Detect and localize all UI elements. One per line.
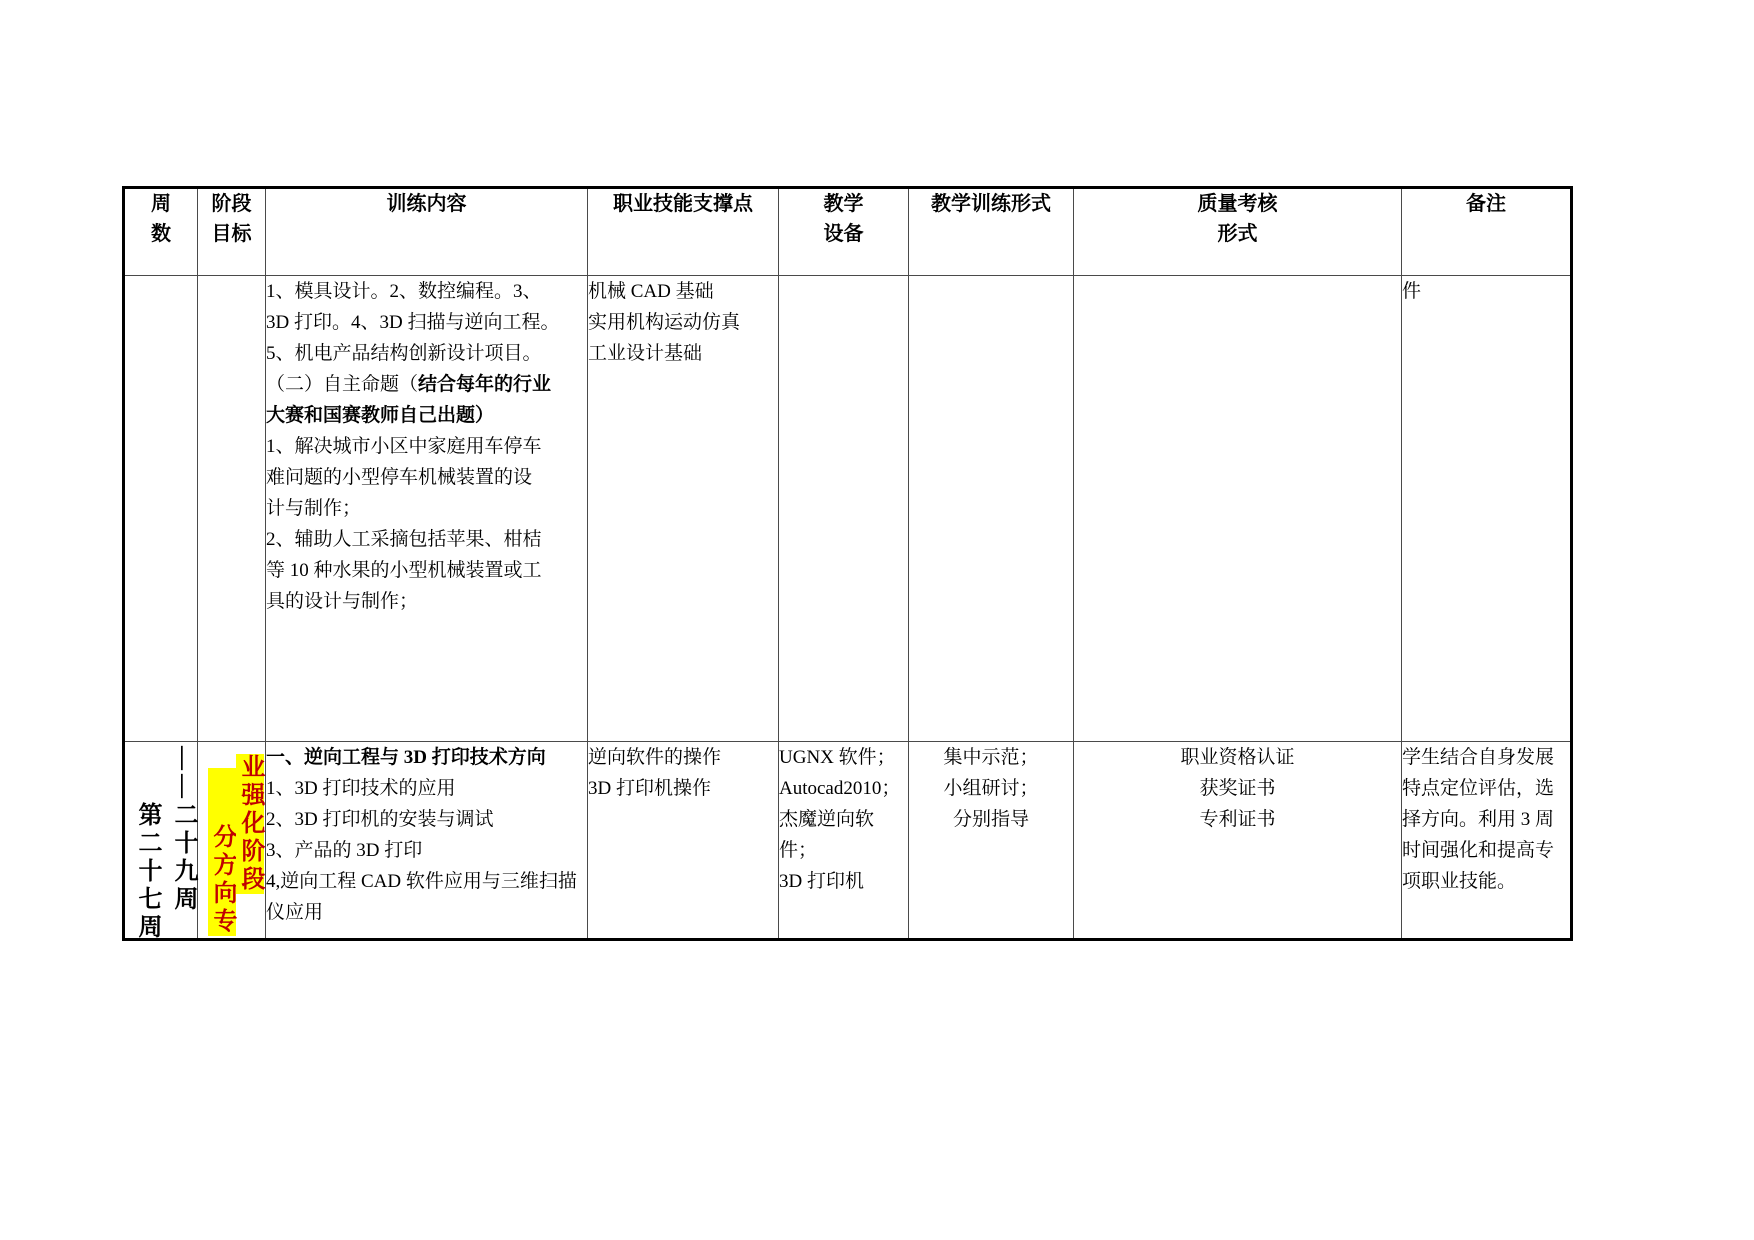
text-line: 计与制作； bbox=[266, 493, 587, 524]
text-line: 2、辅助人工采摘包括苹果、柑桔 bbox=[266, 524, 587, 555]
text-line: 实用机构运动仿真 bbox=[588, 307, 778, 338]
text-line: 学生结合自身发展 bbox=[1402, 742, 1570, 773]
row2-training-content-cell: 一、逆向工程与 3D 打印技术方向 1、3D 打印技术的应用 2、3D 打印机的… bbox=[266, 742, 588, 940]
row2-skill-support-cell: 逆向软件的操作 3D 打印机操作 bbox=[588, 742, 779, 940]
row1-training-form-cell bbox=[909, 276, 1074, 742]
header-week: 周 数 bbox=[124, 188, 198, 276]
text-line: 1、模具设计。2、数控编程。3、 bbox=[266, 276, 587, 307]
row2-equipment-cell: UGNX 软件； Autocad2010； 杰魔逆向软 件； 3D 打印机 bbox=[779, 742, 909, 940]
text-line: 等 10 种水果的小型机械装置或工 bbox=[266, 555, 587, 586]
row2-quality-cell: 职业资格认证 获奖证书 专利证书 bbox=[1074, 742, 1402, 940]
text-line: 特点定位评估，选 bbox=[1402, 773, 1570, 804]
text-line: 专利证书 bbox=[1074, 804, 1401, 835]
text-line: Autocad2010； bbox=[779, 773, 908, 804]
text-line: 时间强化和提高专 bbox=[1402, 835, 1570, 866]
header-remark: 备注 bbox=[1402, 188, 1572, 276]
text-line: 3、产品的 3D 打印 bbox=[266, 835, 587, 866]
row2-week-cell: 第二十七周 ——二十九周 bbox=[124, 742, 198, 940]
row1-training-content-cell: 1、模具设计。2、数控编程。3、 3D 打印。4、3D 扫描与逆向工程。 5、机… bbox=[266, 276, 588, 742]
text-line: 2、3D 打印机的安装与调试 bbox=[266, 804, 587, 835]
row2-remark-cell: 学生结合自身发展 特点定位评估，选 择方向。利用 3 周 时间强化和提高专 项职… bbox=[1402, 742, 1572, 940]
text-line: 杰魔逆向软 bbox=[779, 804, 908, 835]
header-training-content: 训练内容 bbox=[266, 188, 588, 276]
header-row: 周 数 阶段 目标 训练内容 职业技能支撑点 教学 设备 教学训练形式 质量考核 bbox=[124, 188, 1572, 276]
text-line: 项职业技能。 bbox=[1402, 866, 1570, 897]
text-line: 3D 打印机 bbox=[779, 866, 908, 897]
text-line: 获奖证书 bbox=[1074, 773, 1401, 804]
text-line: 择方向。利用 3 周 bbox=[1402, 804, 1570, 835]
stage-goal-highlight-part2: 业强化阶段 bbox=[236, 754, 264, 894]
week-range-part2: ——二十九周 bbox=[169, 746, 197, 914]
text-line: 难问题的小型停车机械装置的设 bbox=[266, 462, 587, 493]
text-line: 1、解决城市小区中家庭用车停车 bbox=[266, 431, 587, 462]
row2-stage-cell: 分方向专 业强化阶段 bbox=[198, 742, 266, 940]
row1-equipment-cell bbox=[779, 276, 909, 742]
row1-quality-cell bbox=[1074, 276, 1402, 742]
text-line: （二）自主命题（结合每年的行业 bbox=[266, 369, 587, 400]
text-line: 仪应用 bbox=[266, 897, 587, 928]
header-skill-support: 职业技能支撑点 bbox=[588, 188, 779, 276]
text-line: 件； bbox=[779, 835, 908, 866]
text-line: 逆向软件的操作 bbox=[588, 742, 778, 773]
text-line: 大赛和国赛教师自己出题） bbox=[266, 400, 587, 431]
header-stage-goal: 阶段 目标 bbox=[198, 188, 266, 276]
row2-training-form-cell: 集中示范； 小组研讨； 分别指导 bbox=[909, 742, 1074, 940]
header-teaching-equipment: 教学 设备 bbox=[779, 188, 909, 276]
week-range-part1: 第二十七周 bbox=[133, 802, 161, 942]
header-training-form: 教学训练形式 bbox=[909, 188, 1074, 276]
text-line: 一、逆向工程与 3D 打印技术方向 bbox=[266, 742, 587, 773]
text-line: 分别指导 bbox=[909, 804, 1073, 835]
text-line: 具的设计与制作； bbox=[266, 586, 587, 617]
text-line: 工业设计基础 bbox=[588, 338, 778, 369]
row1-remark-cell: 件 bbox=[1402, 276, 1572, 742]
text-line: 4,逆向工程 CAD 软件应用与三维扫描 bbox=[266, 866, 587, 897]
row1-stage-cell bbox=[198, 276, 266, 742]
text-line: 5、机电产品结构创新设计项目。 bbox=[266, 338, 587, 369]
stage-goal-highlight-part1: 分方向专 bbox=[208, 768, 236, 936]
text-line: UGNX 软件； bbox=[779, 742, 908, 773]
text-line: 件 bbox=[1402, 276, 1570, 307]
document-page: 周 数 阶段 目标 训练内容 职业技能支撑点 教学 设备 教学训练形式 质量考核 bbox=[0, 0, 1754, 1240]
table-row-1: 1、模具设计。2、数控编程。3、 3D 打印。4、3D 扫描与逆向工程。 5、机… bbox=[124, 276, 1572, 742]
text-line: 3D 打印机操作 bbox=[588, 773, 778, 804]
text-line: 集中示范； bbox=[909, 742, 1073, 773]
table-row-2: 第二十七周 ——二十九周 分方向专 业强化阶段 一、逆向工程与 3D 打印技术方… bbox=[124, 742, 1572, 940]
row1-skill-support-cell: 机械 CAD 基础 实用机构运动仿真 工业设计基础 bbox=[588, 276, 779, 742]
text-line: 职业资格认证 bbox=[1074, 742, 1401, 773]
text-line: 机械 CAD 基础 bbox=[588, 276, 778, 307]
curriculum-table: 周 数 阶段 目标 训练内容 职业技能支撑点 教学 设备 教学训练形式 质量考核 bbox=[122, 186, 1573, 941]
text-line: 小组研讨； bbox=[909, 773, 1073, 804]
row1-week-cell bbox=[124, 276, 198, 742]
header-quality-assessment: 质量考核 形式 bbox=[1074, 188, 1402, 276]
text-line: 1、3D 打印技术的应用 bbox=[266, 773, 587, 804]
text-line: 3D 打印。4、3D 扫描与逆向工程。 bbox=[266, 307, 587, 338]
